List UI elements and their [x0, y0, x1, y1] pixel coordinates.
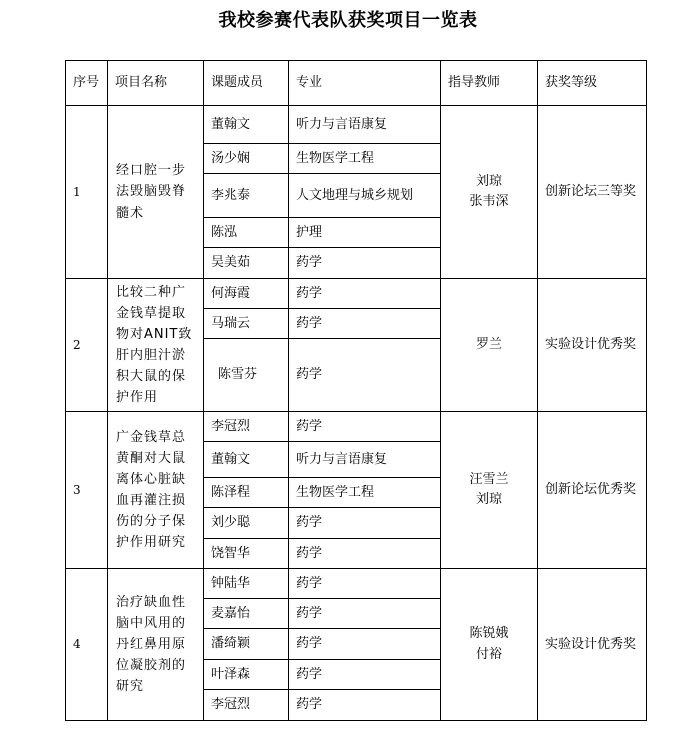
advisor-cell: 罗兰 [441, 279, 538, 412]
member-name: 吴美茹 [204, 248, 289, 279]
member-name: 马瑞云 [204, 309, 289, 339]
header-members: 课题成员 [204, 61, 289, 106]
member-major: 护理 [289, 218, 441, 248]
advisor-name: 汪雪兰 [441, 470, 537, 490]
member-name: 董翰文 [204, 442, 289, 478]
member-major: 听力与言语康复 [289, 442, 441, 478]
member-name: 何海霞 [204, 279, 289, 309]
row-index: 4 [66, 569, 108, 721]
header-project-name: 项目名称 [108, 61, 204, 106]
advisor-name: 张韦深 [441, 192, 537, 212]
award-level: 创新论坛三等奖 [538, 106, 647, 279]
table-row: 2 比较二种广金钱草提取物对ANIT致肝内胆汁淤积大鼠的保护作用 何海霞 药学 … [66, 279, 647, 309]
member-major: 人文地理与城乡规划 [289, 174, 441, 218]
project-name: 治疗缺血性脑中风用的丹红鼻用原位凝胶剂的研究 [108, 569, 204, 721]
member-major: 生物医学工程 [289, 478, 441, 508]
member-major: 药学 [289, 339, 441, 412]
row-index: 3 [66, 412, 108, 569]
member-major: 听力与言语康复 [289, 106, 441, 144]
header-award-level: 获奖等级 [538, 61, 647, 106]
project-name: 广金钱草总黄酮对大鼠离体心脏缺血再灌注损伤的分子保护作用研究 [108, 412, 204, 569]
header-major: 专业 [289, 61, 441, 106]
advisor-cell: 刘琼 张韦深 [441, 106, 538, 279]
row-index: 1 [66, 106, 108, 279]
member-major: 药学 [289, 660, 441, 690]
member-name: 陈泓 [204, 218, 289, 248]
member-major: 生物医学工程 [289, 144, 441, 174]
member-major: 药学 [289, 279, 441, 309]
table-row: 1 经口腔一步法毁脑毁脊髓术 董翰文 听力与言语康复 刘琼 张韦深 创新论坛三等… [66, 106, 647, 144]
member-major: 药学 [289, 539, 441, 569]
member-name: 陈泽程 [204, 478, 289, 508]
advisor-cell: 汪雪兰 刘琼 [441, 412, 538, 569]
advisor-cell: 陈锐娥 付裕 [441, 569, 538, 721]
member-name: 叶泽森 [204, 660, 289, 690]
member-name: 钟陆华 [204, 569, 289, 599]
member-name: 麦嘉怡 [204, 599, 289, 629]
member-major: 药学 [289, 412, 441, 442]
advisor-name: 刘琼 [441, 490, 537, 510]
member-name: 李兆泰 [204, 174, 289, 218]
header-index: 序号 [66, 61, 108, 106]
member-name: 汤少娴 [204, 144, 289, 174]
member-major: 药学 [289, 248, 441, 279]
advisor-name: 罗兰 [441, 335, 537, 355]
member-name: 陈雪芬 [204, 339, 289, 412]
member-name: 潘绮颖 [204, 629, 289, 660]
table-row: 4 治疗缺血性脑中风用的丹红鼻用原位凝胶剂的研究 钟陆华 药学 陈锐娥 付裕 实… [66, 569, 647, 599]
member-major: 药学 [289, 309, 441, 339]
member-major: 药学 [289, 629, 441, 660]
member-name: 饶智华 [204, 539, 289, 569]
project-name: 经口腔一步法毁脑毁脊髓术 [108, 106, 204, 279]
member-name: 刘少聪 [204, 508, 289, 539]
project-name: 比较二种广金钱草提取物对ANIT致肝内胆汁淤积大鼠的保护作用 [108, 279, 204, 412]
table-row: 3 广金钱草总黄酮对大鼠离体心脏缺血再灌注损伤的分子保护作用研究 李冠烈 药学 … [66, 412, 647, 442]
member-major: 药学 [289, 508, 441, 539]
award-level: 实验设计优秀奖 [538, 569, 647, 721]
advisor-name: 陈锐娥 [441, 624, 537, 644]
award-level: 创新论坛优秀奖 [538, 412, 647, 569]
award-table: 序号 项目名称 课题成员 专业 指导教师 获奖等级 1 经口腔一步法毁脑毁脊髓术… [65, 60, 647, 721]
advisor-name: 刘琼 [441, 172, 537, 192]
member-major: 药学 [289, 690, 441, 721]
member-major: 药学 [289, 569, 441, 599]
advisor-name: 付裕 [441, 645, 537, 665]
member-name: 董翰文 [204, 106, 289, 144]
document-title: 我校参赛代表队获奖项目一览表 [0, 6, 696, 32]
member-major: 药学 [289, 599, 441, 629]
row-index: 2 [66, 279, 108, 412]
header-advisor: 指导教师 [441, 61, 538, 106]
member-name: 李冠烈 [204, 412, 289, 442]
table-header-row: 序号 项目名称 课题成员 专业 指导教师 获奖等级 [66, 61, 647, 106]
member-name: 李冠烈 [204, 690, 289, 721]
award-level: 实验设计优秀奖 [538, 279, 647, 412]
